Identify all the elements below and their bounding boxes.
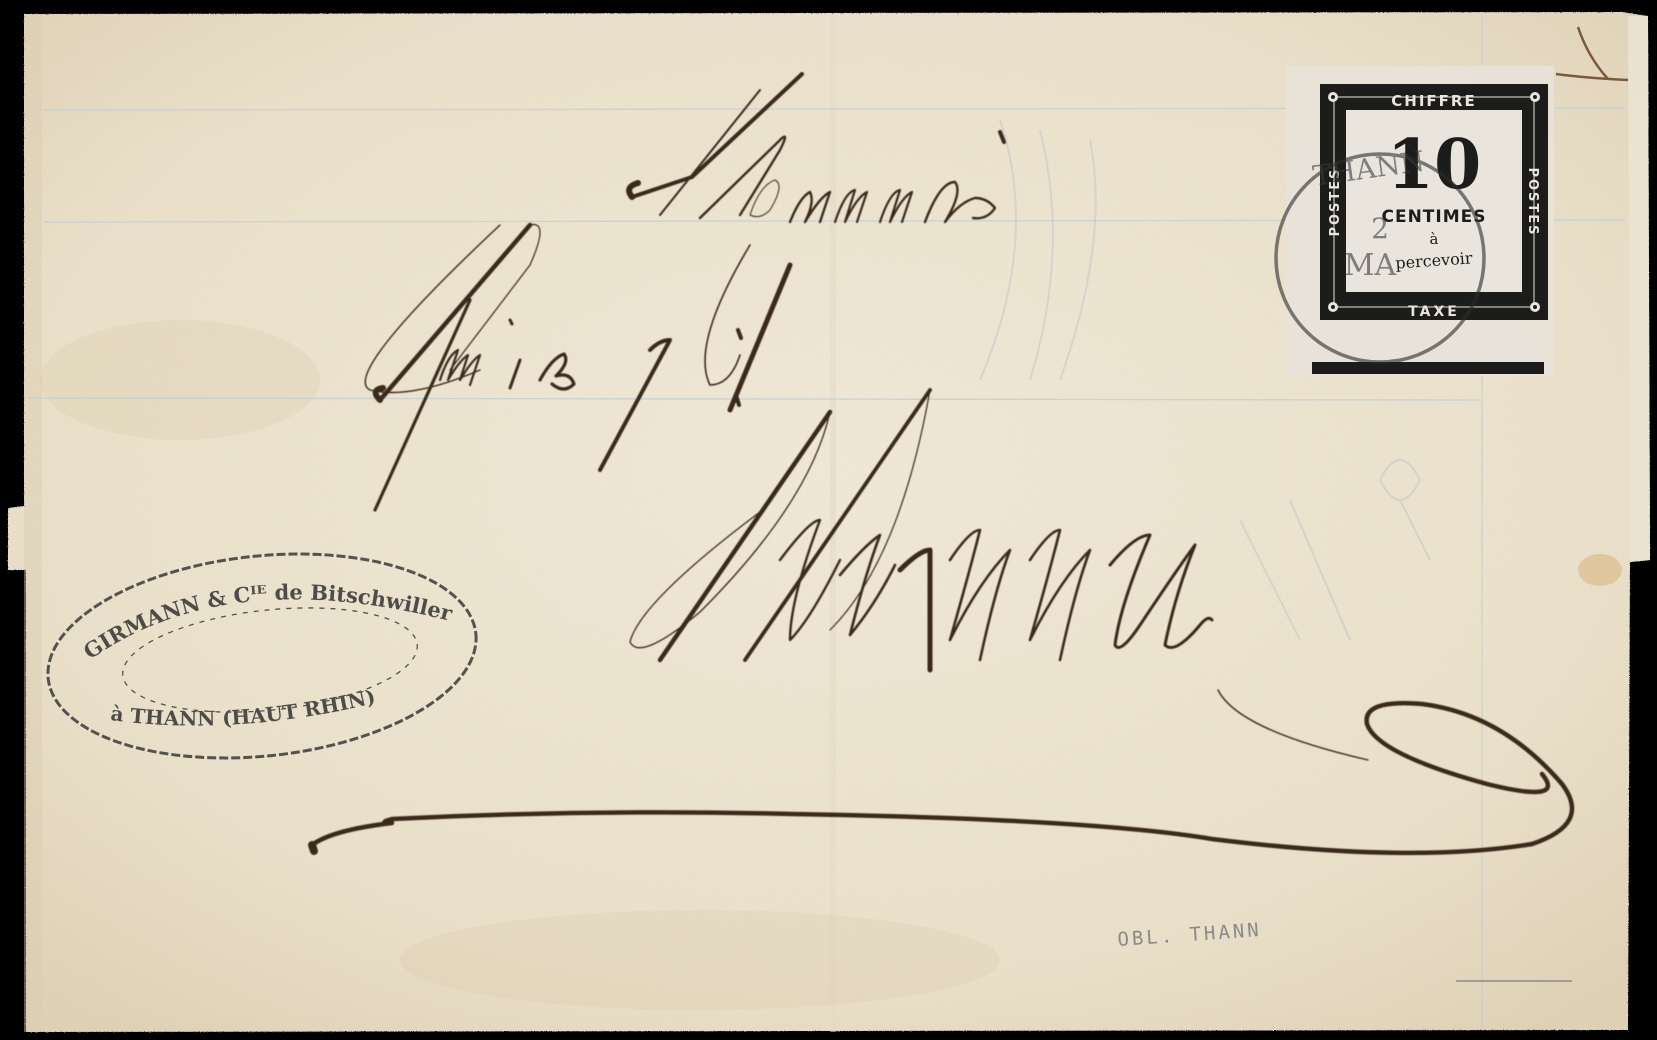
stamp-bottom-label: TAXE (1408, 304, 1460, 320)
postmark-day: 2 (1371, 212, 1389, 245)
postmark-month: MA (1344, 248, 1397, 283)
stamp-line-a: à (1430, 230, 1439, 248)
stamp-top-label: CHIFFRE (1391, 92, 1476, 110)
stamp-side-label-right: POSTES (1525, 167, 1540, 236)
postage-due-stamp: CHIFFRE TAXE POSTES POSTES 10 CENTIMES à… (1286, 66, 1554, 376)
postal-cover-scene: GIRMANN & Cᴵᴱ de Bitschwiller à THANN (H… (0, 0, 1657, 1040)
